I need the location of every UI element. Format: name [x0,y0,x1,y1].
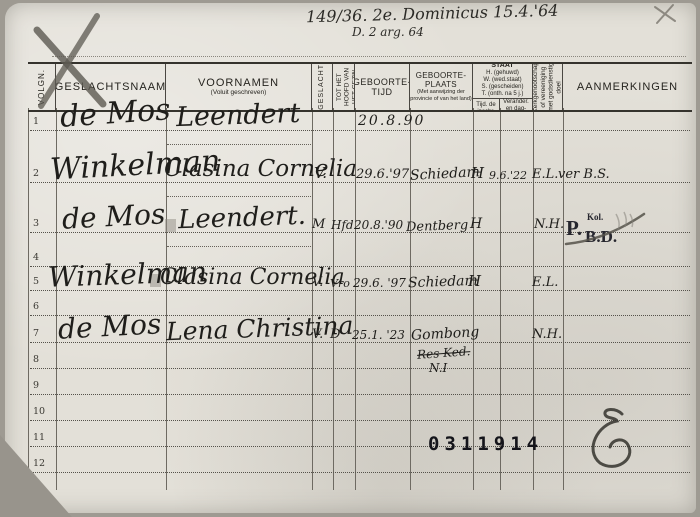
column-header-betrekking: BETREKKING TOT HET HOOFD VAN HET GEZIN [333,64,355,110]
row-line-1 [30,130,690,131]
surname-entry: de Mos [57,310,162,343]
row-line-8 [30,368,690,369]
row-number: 8 [33,354,39,365]
row-number: 3 [33,218,39,229]
betrekking-label: BETREKKING TOT HET HOOFD VAN HET GEZIN [333,64,355,110]
row-number: 2 [33,168,39,179]
grid-vline [28,108,29,490]
serial-number-stamp: 0311914 [428,433,543,455]
firstname-entry: Leendert [176,100,301,131]
sex-entry: V. [314,166,327,181]
aanmerkingen-label: AANMERKINGEN [577,81,678,93]
voornamen-label: VOORNAMEN [198,77,279,89]
row-line-9 [30,394,690,395]
bs-subheader-row: Tijd. de inschr. Verander. en dag- teeke… [473,98,532,110]
birthdate-entry: 29.6.'97 [356,168,409,181]
kerkgenootschap-label: Kerkgenootschap of vereeniging met godsd… [533,64,563,110]
column-header-burgerlijke-staat: BURGERLIJKE STAAT H. (gehuwd) W. (wed.st… [473,64,533,110]
church-entry: N.H. [534,218,564,231]
row-number: 4 [33,252,39,263]
birthplace-entry: Schiedam [410,165,480,183]
remark-entry: ver B.S. [558,168,610,181]
family-card-scan: 149/36. 2e. Dominicus 15.4.'64 D. 2 arg.… [0,0,700,517]
burgerlijke-staat-block: BURGERLIJKE STAAT H. (gehuwd) W. (wed.st… [473,64,532,98]
geboorteplaats-label: GEBOORTE-PLAATS [410,71,472,89]
church-entry: N.H. [532,328,562,341]
flourish-mark [580,406,644,472]
church-entry: E.L. [532,276,558,289]
civil-status-date-entry: 9.6.'22 [489,170,527,181]
pencil-x-mark-small [652,3,678,25]
row-number: 7 [33,328,39,339]
grid-vline [563,108,564,490]
voornamen-sublabel: (Voluit geschreven) [211,89,267,97]
bs-subheader-verander: Verander. en dag- teekening [500,99,532,110]
bs-code-t: T. (onth. na 5 j.) [473,91,532,98]
geslacht-label: GESLACHT [318,64,326,110]
relation-entry: Hfd [331,219,354,231]
column-header-geboortetijd: GEBOORTE-TIJD [355,64,410,110]
birthplace-entry-struck: Res Ked. [417,345,471,361]
ink-smudge [165,219,176,232]
column-header-geslacht: GESLACHT [312,64,333,110]
row-number: 1 [33,116,39,127]
birthdate-entry: 25.1. '23 [352,329,405,341]
birthplace-entry: Dentberg [406,219,469,234]
civil-status-entry: H [468,274,481,289]
pencil-x-mark-large [25,8,117,108]
voornamen-subline [167,196,311,197]
row-number: 11 [33,432,45,443]
top-annotation-line2: D. 2 arg. 64 [352,25,424,39]
grid-vline [410,108,411,490]
civil-status-entry: H [471,166,484,181]
top-dotted-rule [52,56,686,57]
row-number: 6 [33,301,39,312]
bs-subheader-inschr: Tijd. de inschr. [473,99,500,110]
geboorteplaats-sublabel: (Met aanwijzing der provincie of van het… [410,89,472,103]
stamp-strike-mark [564,210,650,250]
birthplace-country-entry: N.I [429,362,447,374]
civil-status-entry: H [470,217,482,231]
firstname-entry: Clasina Cornelia [164,158,357,181]
sex-entry: M [312,218,325,231]
row-number: 5 [33,276,39,287]
surname-entry: de Mos [61,200,166,233]
column-header-geboorteplaats: GEBOORTE-PLAATS (Met aanwijzing der prov… [410,64,473,110]
relation-entry: Vro [330,278,350,289]
bs-code-s: S. (gescheiden) [473,84,532,91]
row-number: 12 [33,458,45,469]
geboortetijd-label: GEBOORTE-TIJD [355,77,410,97]
row-line-12 [30,472,690,473]
row-line-7 [30,342,690,343]
firstname-entry: Lena Christina [166,313,354,345]
sex-entry: V. [312,328,323,341]
row-number: 10 [33,406,45,417]
church-entry: E.L. [532,168,558,181]
birthplace-entry: Gombong [411,325,480,343]
birthdate-entry: 29.6. '97 [353,277,406,289]
firstname-entry: Leendert. [178,203,307,233]
birthdate-entry: 20.8.'90 [354,219,403,231]
sex-entry: V. [312,276,323,289]
bs-code-h: H. (gehuwd) [473,70,532,77]
birthdate-entry: 20.8.90 [358,114,425,128]
voornamen-subline [167,246,311,247]
bs-code-w: W. (wed.staat) [473,77,532,84]
column-header-kerkgenootschap: Kerkgenootschap of vereeniging met godsd… [533,64,563,110]
relation-entry: D [330,328,340,341]
column-header-aanmerkingen: AANMERKINGEN [563,64,692,110]
row-number: 9 [33,380,39,391]
